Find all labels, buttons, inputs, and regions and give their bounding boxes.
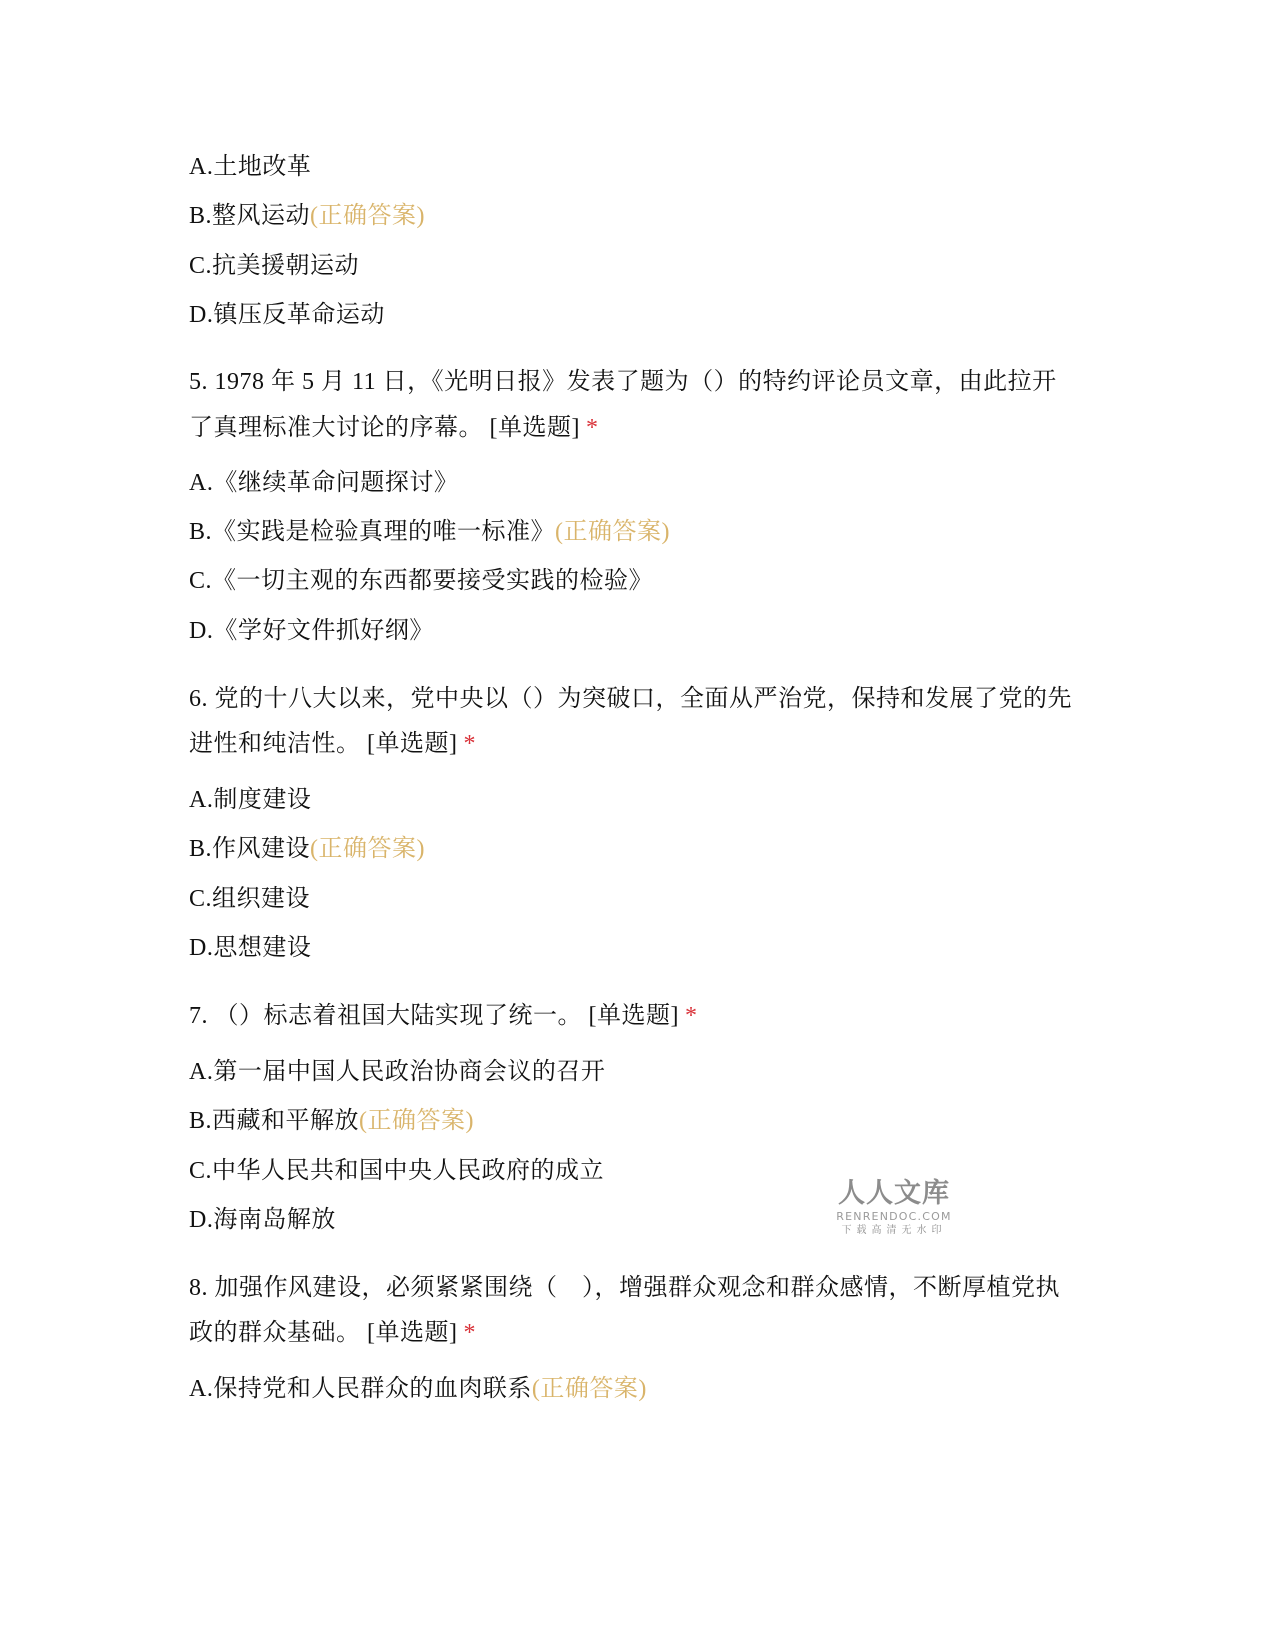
q4-option-d: D.镇压反革命运动 [189, 300, 385, 330]
q6-option-a: A.制度建设 [189, 785, 311, 815]
q4-option-b: B.整风运动(正确答案) [189, 201, 425, 231]
required-asterisk: * [463, 1320, 476, 1346]
question-text: 政的群众基础。 [单选题] [189, 1320, 457, 1346]
option-text: D.《学好文件抓好纲》 [189, 618, 434, 644]
q7-option-a: A.第一届中国人民政治协商会议的召开 [189, 1057, 605, 1087]
required-asterisk: * [685, 1003, 698, 1029]
q8-stem-line1: 8. 加强作风建设，必须紧紧围绕（ ），增强群众观念和群众感情，不断厚植党执 [189, 1273, 1060, 1303]
q6-stem-line2: 进性和纯洁性。 [单选题]* [189, 729, 476, 759]
option-text: D.海南岛解放 [189, 1207, 336, 1233]
required-asterisk: * [586, 415, 599, 441]
q5-stem-line1: 5. 1978 年 5 月 11 日，《光明日报》发表了题为（）的特约评论员文章… [189, 367, 1057, 397]
watermark-domain: RENRENDOC.COM [830, 1210, 958, 1224]
q8-option-a: A.保持党和人民群众的血肉联系(正确答案) [189, 1374, 647, 1404]
correct-answer-marker: (正确答案) [532, 1376, 647, 1402]
option-text: A.制度建设 [189, 787, 311, 813]
q5-option-b: B.《实践是检验真理的唯一标准》(正确答案) [189, 517, 670, 547]
q7-option-b: B.西藏和平解放(正确答案) [189, 1106, 474, 1136]
option-text: A.《继续革命问题探讨》 [189, 470, 458, 496]
watermark-logo: 人人文库 RENRENDOC.COM 下载高清无水印 [830, 1178, 958, 1238]
option-text: C.抗美援朝运动 [189, 253, 359, 279]
option-text: D.思想建设 [189, 935, 311, 961]
watermark-subtitle: 下载高清无水印 [830, 1224, 958, 1238]
q5-option-c: C.《一切主观的东西都要接受实践的检验》 [189, 566, 653, 596]
q8-stem-line2: 政的群众基础。 [单选题]* [189, 1318, 476, 1348]
option-text: B.整风运动 [189, 203, 310, 229]
q4-option-c: C.抗美援朝运动 [189, 251, 359, 281]
q4-option-a: A.土地改革 [189, 152, 311, 182]
q6-stem-line1: 6. 党的十八大以来，党中央以（）为突破口，全面从严治党，保持和发展了党的先 [189, 684, 1072, 714]
q6-option-b: B.作风建设(正确答案) [189, 834, 425, 864]
q7-stem-line1: 7. （）标志着祖国大陆实现了统一。 [单选题]* [189, 1001, 697, 1031]
option-text: D.镇压反革命运动 [189, 302, 385, 328]
required-asterisk: * [463, 731, 476, 757]
q6-option-d: D.思想建设 [189, 933, 311, 963]
option-text: B.西藏和平解放 [189, 1108, 359, 1134]
question-text: 了真理标准大讨论的序幕。 [单选题] [189, 415, 580, 441]
q5-stem-line2: 了真理标准大讨论的序幕。 [单选题]* [189, 413, 598, 443]
q5-option-a: A.《继续革命问题探讨》 [189, 468, 458, 498]
correct-answer-marker: (正确答案) [359, 1108, 474, 1134]
correct-answer-marker: (正确答案) [310, 836, 425, 862]
q5-option-d: D.《学好文件抓好纲》 [189, 616, 434, 646]
watermark-title: 人人文库 [830, 1178, 958, 1210]
q7-option-c: C.中华人民共和国中央人民政府的成立 [189, 1156, 604, 1186]
question-text: 7. （）标志着祖国大陆实现了统一。 [单选题] [189, 1003, 679, 1029]
option-text: A.保持党和人民群众的血肉联系 [189, 1376, 532, 1402]
option-text: A.土地改革 [189, 154, 311, 180]
option-text: C.《一切主观的东西都要接受实践的检验》 [189, 568, 653, 594]
q6-option-c: C.组织建设 [189, 884, 310, 914]
option-text: C.中华人民共和国中央人民政府的成立 [189, 1158, 604, 1184]
option-text: A.第一届中国人民政治协商会议的召开 [189, 1059, 605, 1085]
option-text: C.组织建设 [189, 886, 310, 912]
correct-answer-marker: (正确答案) [310, 203, 425, 229]
q7-option-d: D.海南岛解放 [189, 1205, 336, 1235]
option-text: B.作风建设 [189, 836, 310, 862]
option-text: B.《实践是检验真理的唯一标准》 [189, 519, 555, 545]
question-text: 进性和纯洁性。 [单选题] [189, 731, 457, 757]
correct-answer-marker: (正确答案) [555, 519, 670, 545]
